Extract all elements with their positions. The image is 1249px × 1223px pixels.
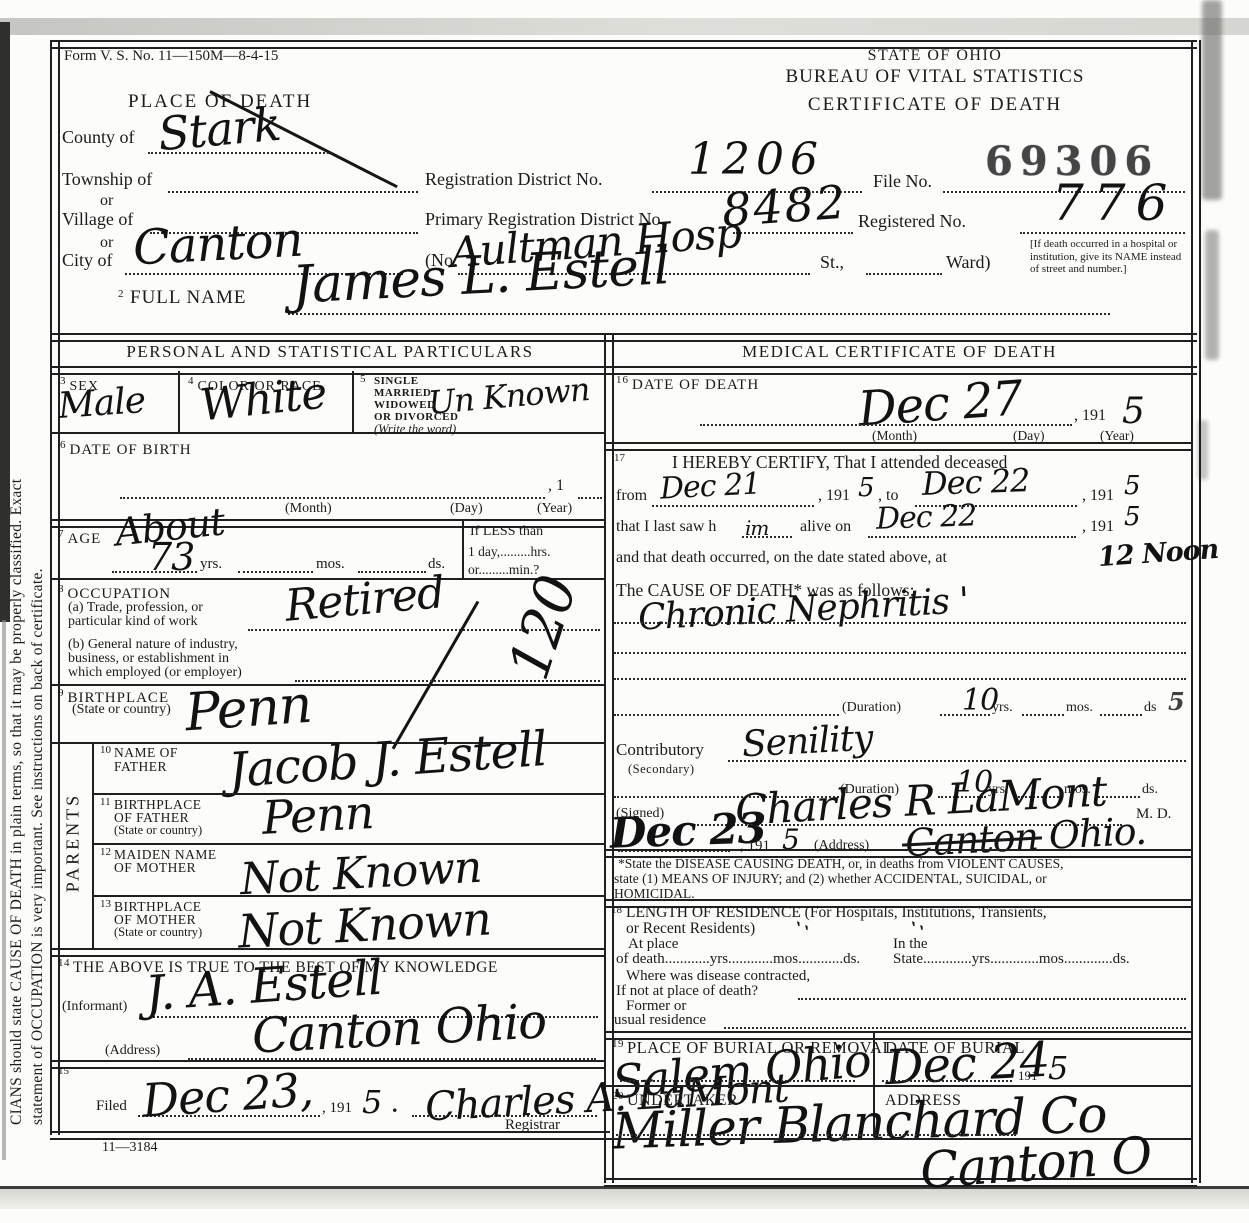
certify-occurred-label: and that death occurred, on the date sta… — [616, 549, 947, 567]
undertaker-address-value: Canton O — [919, 1130, 1153, 1196]
father-name-number: 10 — [100, 744, 111, 756]
dotted-line — [798, 998, 1186, 1000]
city-label: City of — [62, 250, 113, 271]
county-value: Stark — [156, 101, 282, 157]
registrar-label: Registrar — [505, 1117, 560, 1134]
dotted-line — [866, 273, 942, 275]
statement-bottom — [52, 1060, 606, 1069]
file-no-label: File No. — [873, 171, 932, 192]
certify-year2-print: , 191 — [1082, 487, 1114, 505]
dod-bottom-rule — [606, 442, 1191, 451]
mother-name-number: 12 — [100, 846, 111, 858]
dotted-line — [882, 1080, 1012, 1082]
margin-note-line2: statement of OCCUPATION is very importan… — [29, 65, 47, 1125]
parents-row-rule — [93, 843, 606, 845]
scan-right-smudge — [1202, 0, 1222, 200]
dotted-line — [295, 680, 600, 682]
dotted-line — [614, 622, 1186, 624]
cause-mos-label: mos. — [1066, 700, 1093, 716]
registered-no-label: Registered No. — [858, 211, 966, 232]
bureau-title: BUREAU OF VITAL STATISTICS — [700, 66, 1170, 88]
full-name-label: FULL NAME — [130, 287, 247, 309]
filed-label: Filed — [96, 1098, 127, 1115]
mother-bp-label3: (State or country) — [114, 925, 202, 940]
marital-label-married: MARRIED — [374, 387, 431, 399]
age-less-line1: If LESS than — [470, 524, 543, 540]
birthplace-value: Penn — [183, 679, 313, 740]
residence-in-state-line: State.............yrs.............mos...… — [893, 951, 1130, 968]
margin-note: CIANS should state CAUSE OF DEATH in pla… — [8, 65, 52, 1125]
dotted-line — [1022, 714, 1064, 716]
mother-name-label2: OF MOTHER — [114, 860, 196, 876]
certify-occurred-value: 12 Noon — [1097, 536, 1219, 571]
scan-left-strip-lower — [2, 620, 6, 1160]
dotted-line — [868, 536, 1076, 538]
cause-duration-label: (Duration) — [842, 700, 901, 716]
age-label-text: AGE — [68, 531, 102, 547]
father-name-label2: FATHER — [114, 759, 167, 775]
dotted-line — [614, 652, 1186, 654]
certify-saw-label: that I last saw h — [616, 518, 716, 536]
cause-stray-mark: 5 — [1168, 690, 1184, 714]
ward-label: Ward) — [946, 252, 991, 273]
certificate-title: CERTIFICATE OF DEATH — [700, 94, 1170, 116]
personal-title: PERSONAL AND STATISTICAL PARTICULARS — [55, 342, 605, 362]
informant-label: (Informant) — [62, 999, 127, 1015]
race-number: 4 — [188, 375, 195, 387]
sex-row-bottom — [52, 432, 606, 434]
dob-label: 6DATE OF BIRTH — [60, 439, 192, 459]
occupation-number: 8 — [58, 583, 65, 595]
father-bp-label3: (State or country) — [114, 823, 202, 838]
dob-year-label: (Year) — [537, 501, 572, 517]
certify-year1-value: 5 — [858, 475, 874, 501]
occupation-row-bottom — [52, 684, 606, 686]
or-label: or — [100, 192, 113, 210]
registration-district-label: Registration District No. — [425, 169, 602, 190]
scan-right-smudge — [1205, 230, 1219, 360]
birthplace-note: (State or country) — [72, 702, 171, 718]
certify-year2-value: 5 — [1124, 473, 1140, 499]
filed-separator-dot: . — [392, 1092, 398, 1118]
certify-year3-print: , 191 — [1082, 518, 1114, 536]
dotted-line — [620, 1080, 855, 1082]
full-name-number: 2 — [118, 288, 124, 300]
occupation-a-line2: particular kind of work — [68, 614, 197, 630]
age-label: 7AGE — [58, 528, 101, 548]
mother-bp-value: Not Known — [237, 895, 492, 954]
certify-saw-pronoun: im — [745, 518, 768, 538]
dotted-line — [238, 571, 313, 573]
dotted-line — [112, 571, 197, 573]
marital-note: (Write the word) — [374, 422, 456, 437]
township-label: Township of — [62, 169, 152, 190]
age-yrs-label: yrs. — [200, 556, 222, 573]
occupation-overlay-number: 120 — [501, 570, 586, 686]
marital-number: 5 — [360, 373, 366, 385]
informant-address-value: Canton Ohio — [251, 997, 547, 1060]
registration-district-value: 1206 — [688, 138, 824, 182]
burial-number: 19 — [612, 1038, 624, 1050]
form-number: Form V. S. No. 11—150M—8-4-15 — [64, 48, 278, 65]
state-title: STATE OF OHIO — [700, 47, 1170, 65]
undertaker-number: 20 — [612, 1090, 624, 1102]
medical-title: MEDICAL CERTIFICATE OF DEATH — [608, 342, 1191, 362]
county-label: County of — [62, 127, 135, 148]
certify-from-label: from — [616, 487, 647, 505]
mother-bp-number: 13 — [100, 898, 111, 910]
sex-race-divider — [178, 371, 180, 432]
burial-year-print: 191 — [1018, 1068, 1038, 1084]
date-of-death-label: 16DATE OF DEATH — [616, 374, 759, 394]
registered-no-value: 776 — [1052, 178, 1177, 228]
full-name-value: James L. Estell — [291, 240, 671, 312]
death-certificate-scan: CIANS should state CAUSE OF DEATH in pla… — [0, 0, 1249, 1223]
certify-number: 17 — [614, 452, 625, 464]
sex-value: Male — [57, 383, 146, 425]
footnote-line1: *State the DISEASE CAUSING DEATH, or, in… — [618, 856, 1064, 872]
date-of-death-label-text: DATE OF DEATH — [632, 377, 759, 393]
contributory-secondary-label: (Secondary) — [628, 762, 695, 777]
certify-alive-label: alive on — [800, 518, 851, 536]
dob-value: , 1 — [548, 477, 564, 495]
date-of-death-number: 16 — [616, 374, 629, 386]
age-less-line2: 1 day,.........hrs. — [468, 544, 550, 560]
scan-bottom-band — [0, 1189, 1249, 1209]
dotted-line — [288, 313, 1110, 315]
contributory-value: Senility — [741, 721, 873, 764]
residence-at-place-line: of death............yrs............mos..… — [616, 951, 860, 968]
certify-from-value: Dec 21 — [659, 469, 761, 504]
certify-year3-value: 5 — [1124, 504, 1140, 530]
dotted-line — [700, 424, 1072, 426]
age-number: 7 — [58, 528, 65, 540]
pen-check-mark: `` — [787, 919, 812, 945]
hospital-note: [If death occurred in a hospital or inst… — [1030, 238, 1188, 276]
city-value: Canton — [132, 216, 304, 273]
residence-number: 18 — [611, 904, 622, 916]
dotted-line — [1100, 714, 1142, 716]
age-lessbox-divider — [462, 521, 464, 578]
marital-label-single: SINGLE — [374, 375, 419, 387]
dotted-line — [616, 1134, 1016, 1136]
dotted-line — [940, 714, 990, 716]
dob-month-label: (Month) — [285, 501, 332, 517]
dotted-line — [742, 536, 792, 538]
age-mos-label: mos. — [316, 556, 345, 573]
birthplace-number: 9 — [58, 687, 65, 699]
print-code: 11—3184 — [102, 1140, 157, 1156]
date-of-death-year-print: , 191 — [1074, 407, 1106, 425]
occupation-value: Retired — [283, 571, 445, 629]
dob-label-text: DATE OF BIRTH — [70, 442, 192, 458]
footnote-line2: state (1) MEANS OF INJURY; and (2) wheth… — [614, 871, 1047, 887]
st-label: St., — [820, 252, 844, 273]
dob-day-label: (Day) — [450, 501, 483, 517]
informant-address-label: (Address) — [105, 1043, 160, 1059]
filed-date-value: Dec 23, — [141, 1066, 314, 1124]
cause-ds-label: ds — [1144, 700, 1156, 716]
race-value: White — [198, 372, 328, 429]
statement-number: 14 — [58, 957, 70, 969]
date-of-death-year-value: 5 — [1122, 394, 1144, 430]
filed-year-value: 5 — [362, 1086, 381, 1118]
filed-number: 15 — [58, 1065, 69, 1077]
frame-right — [1191, 40, 1201, 1183]
marital-label-widowed: WIDOWED — [374, 399, 436, 411]
certify-to-value: Dec 22 — [921, 464, 1029, 500]
certify-year1-print: , 191 — [818, 487, 850, 505]
parents-side-label: PARENTS — [63, 737, 84, 949]
village-label: Village of — [62, 209, 133, 230]
cause-yrs-label: yrs. — [992, 700, 1013, 716]
dotted-line — [614, 678, 1186, 680]
race-marital-divider — [352, 371, 354, 432]
dotted-line — [120, 497, 545, 499]
marital-value: Un Known — [427, 373, 591, 419]
contributory-label: Contributory — [616, 740, 704, 760]
parents-inner-divider — [92, 742, 94, 950]
residence-former-line2: usual residence — [614, 1012, 706, 1029]
dotted-line — [1020, 232, 1185, 234]
certify-alive-value: Dec 22 — [876, 501, 977, 534]
dob-number: 6 — [60, 439, 67, 451]
occupation-b-line3: which employed (or employer) — [68, 665, 242, 681]
filed-year-print: , 191 — [322, 1100, 352, 1117]
margin-note-line1: CIANS should state CAUSE OF DEATH in pla… — [8, 65, 26, 1125]
father-bp-number: 11 — [100, 796, 111, 808]
dotted-line — [168, 191, 418, 193]
dotted-line — [614, 714, 839, 716]
scan-top-band — [0, 18, 1249, 35]
header-bottom-rule — [50, 333, 1197, 342]
dotted-line — [578, 497, 602, 499]
burial-year-value: 5 — [1048, 1052, 1067, 1084]
contributory-ds-label: ds. — [1142, 782, 1158, 798]
dotted-line — [724, 1027, 1186, 1029]
parents-row-rule — [93, 895, 606, 897]
father-bp-value: Penn — [261, 789, 375, 841]
